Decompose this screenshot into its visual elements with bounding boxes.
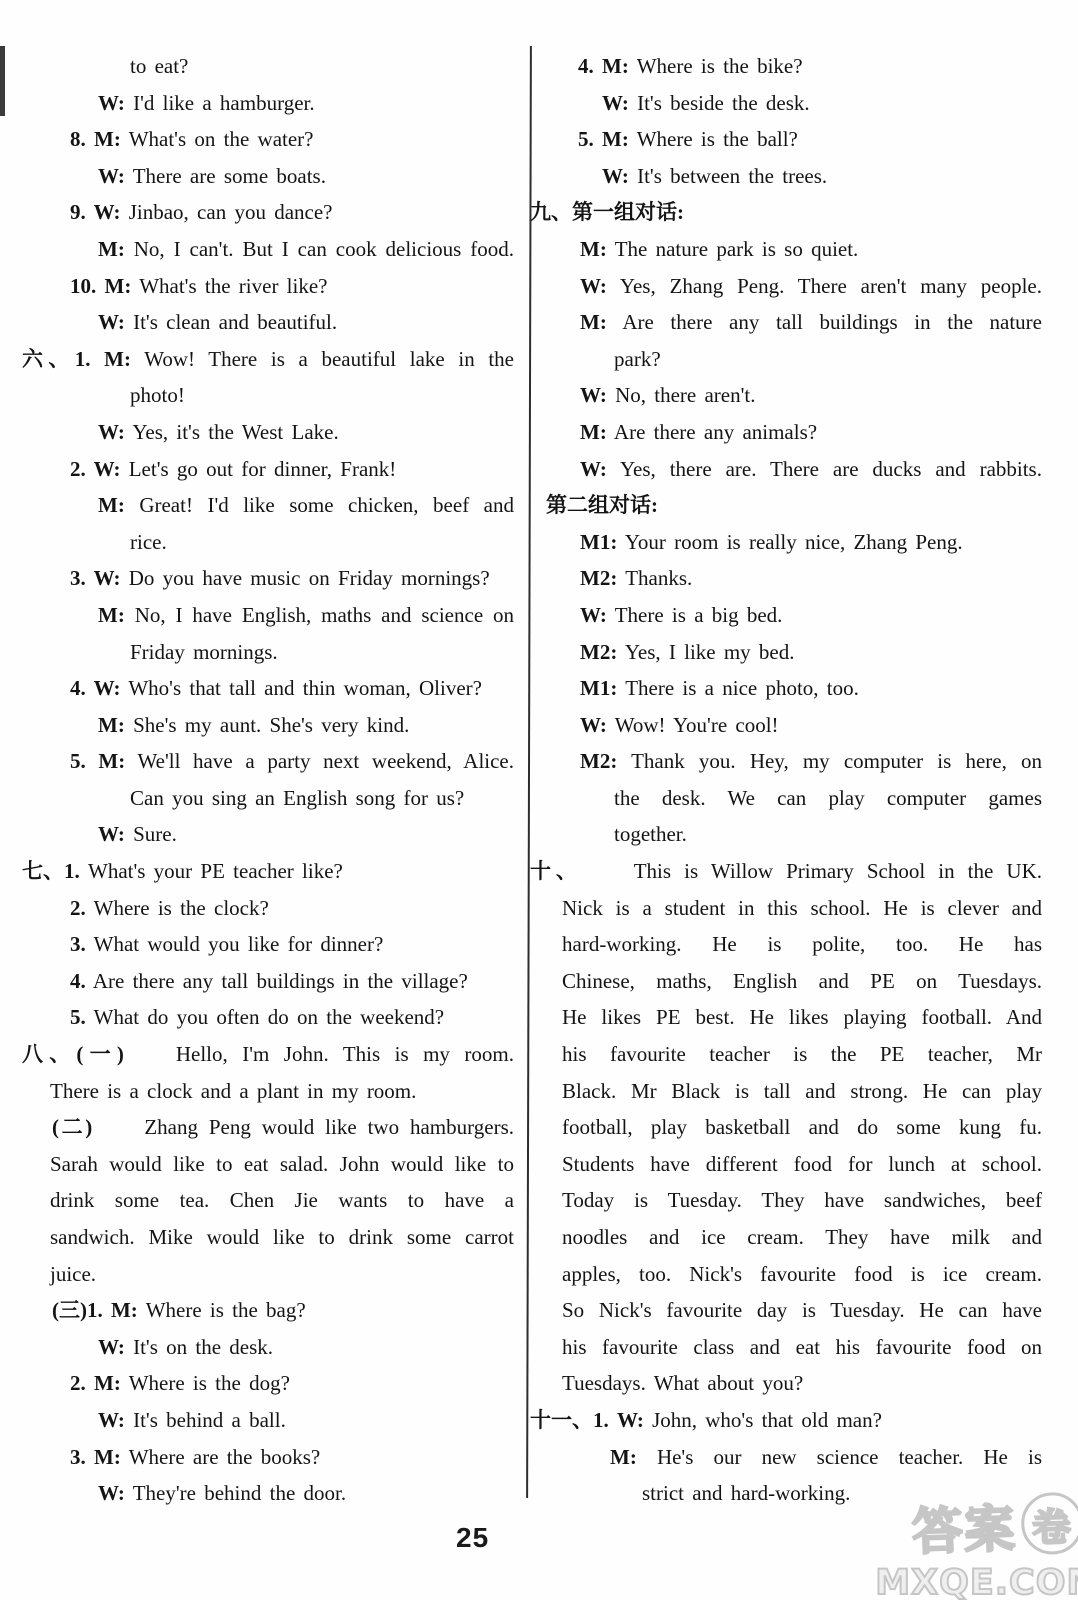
line-text: Sure. — [133, 822, 177, 846]
line-text: Do you have music on Friday mornings? — [129, 566, 490, 590]
line-text: Tuesdays. What about you? — [562, 1371, 803, 1395]
speaker-label: W: — [580, 383, 607, 407]
transcript-line: juice. — [50, 1256, 514, 1293]
line-text: his favourite class and eat his favourit… — [562, 1335, 1042, 1359]
transcript-line: 2. Where is the clock? — [70, 890, 514, 927]
line-text: juice. — [50, 1262, 96, 1286]
line-text: rice. — [130, 530, 167, 554]
transcript-line: M2: Yes, I like my bed. — [580, 634, 1042, 671]
line-text: photo! — [130, 383, 185, 407]
transcript-line: rice. — [130, 524, 514, 561]
workbook-answer-page: to eat?W: I'd like a hamburger.8. M: Wha… — [0, 0, 1078, 1600]
speaker-label: 5. — [70, 1005, 86, 1029]
speaker-label: M: — [98, 237, 125, 261]
transcript-line: W: There are some boats. — [98, 158, 514, 195]
speaker-label: W: — [98, 310, 125, 334]
line-text: Chinese, maths, English and PE on Tuesda… — [562, 969, 1042, 993]
line-text: Who's that tall and thin woman, Oliver? — [128, 676, 482, 700]
line-text: Your room is really nice, Zhang Peng. — [625, 530, 963, 554]
speaker-label: W: — [580, 457, 607, 481]
speaker-label: W: — [98, 1481, 125, 1505]
line-text: It's beside the desk. — [637, 91, 810, 115]
line-text: Sarah would like to eat salad. John woul… — [50, 1152, 514, 1176]
transcript-line: W: Yes, it's the West Lake. — [98, 414, 514, 451]
transcript-line: 2. W: Let's go out for dinner, Frank! — [70, 451, 514, 488]
line-text: She's my aunt. She's very kind. — [133, 713, 409, 737]
line-text: Hello, I'm John. This is my room. — [176, 1042, 514, 1066]
line-text: What's your PE teacher like? — [88, 859, 343, 883]
speaker-label: M: — [98, 713, 125, 737]
transcript-line: W: Yes, there are. There are ducks and r… — [580, 451, 1042, 488]
transcript-line: drink some tea. Chen Jie wants to have a — [50, 1182, 514, 1219]
transcript-line: M: The nature park is so quiet. — [580, 231, 1042, 268]
transcript-line: 九、第一组对话: — [530, 194, 1042, 231]
transcript-line: together. — [614, 816, 1042, 853]
speaker-label: M: — [580, 310, 607, 334]
transcript-line: Tuesdays. What about you? — [562, 1365, 1042, 1402]
speaker-label: W: — [98, 420, 125, 444]
line-text: Wow! You're cool! — [615, 713, 779, 737]
line-text: Jinbao, can you dance? — [129, 200, 333, 224]
speaker-label: 4. M: — [578, 54, 629, 78]
transcript-line: M: Are there any animals? — [580, 414, 1042, 451]
line-text: Great! I'd like some chicken, beef and — [139, 493, 514, 517]
transcript-line: football, play basketball and do some ku… — [562, 1109, 1042, 1146]
transcript-line: 第二组对话: — [546, 487, 1042, 524]
transcript-line: Sarah would like to eat salad. John woul… — [50, 1146, 514, 1183]
line-text: There is a clock and a plant in my room. — [50, 1079, 416, 1103]
speaker-label: W: — [98, 164, 125, 188]
transcript-line: M1: Your room is really nice, Zhang Peng… — [580, 524, 1042, 561]
line-text: Yes, Zhang Peng. There aren't many peopl… — [620, 274, 1042, 298]
speaker-label: W: — [602, 91, 629, 115]
speaker-label: W: — [98, 822, 125, 846]
line-text: It's clean and beautiful. — [133, 310, 337, 334]
speaker-label: 3. — [70, 932, 86, 956]
speaker-label: 十一、1. W: — [530, 1408, 644, 1432]
speaker-label: W: — [580, 713, 607, 737]
line-text: They're behind the door. — [133, 1481, 346, 1505]
speaker-label: 4. — [70, 969, 86, 993]
transcript-line: 七、1. What's your PE teacher like? — [22, 853, 514, 890]
transcript-line: W: No, there aren't. — [580, 377, 1042, 414]
line-text: the desk. We can play computer games — [614, 786, 1042, 810]
speaker-label: M2: — [580, 640, 617, 664]
transcript-line: 2. M: Where is the dog? — [70, 1365, 514, 1402]
watermark: 答案卷 MXQE.COM — [872, 1486, 1078, 1600]
line-text: There is a big bed. — [615, 603, 783, 627]
scan-edge-artifact — [0, 46, 5, 116]
transcript-line: 5. M: Where is the ball? — [578, 121, 1042, 158]
line-text: Thanks. — [625, 566, 692, 590]
transcript-line: 十、This is Willow Primary School in the U… — [530, 853, 1042, 890]
transcript-line: W: It's on the desk. — [98, 1329, 514, 1366]
speaker-label: M: — [580, 420, 607, 444]
line-text: sandwich. Mike would like to drink some … — [50, 1225, 514, 1249]
speaker-label: M1: — [580, 530, 617, 554]
line-text: Can you sing an English song for us? — [130, 786, 464, 810]
line-text: It's on the desk. — [133, 1335, 273, 1359]
transcript-line: 5. What do you often do on the weekend? — [70, 999, 514, 1036]
line-text: He's our new science teacher. He is — [657, 1445, 1042, 1469]
speaker-label: 2. W: — [70, 457, 120, 481]
transcript-line: 4. W: Who's that tall and thin woman, Ol… — [70, 670, 514, 707]
line-text: Students have different food for lunch a… — [562, 1152, 1042, 1176]
transcript-line: Today is Tuesday. They have sandwiches, … — [562, 1182, 1042, 1219]
speaker-label: 第二组对话: — [546, 493, 658, 517]
line-text: Are there any tall buildings in the natu… — [622, 310, 1042, 334]
watermark-url: MXQE.COM — [875, 1563, 1078, 1600]
speaker-label: W: — [602, 164, 629, 188]
speaker-label: 九、第一组对话: — [530, 200, 684, 224]
transcript-line: W: It's between the trees. — [602, 158, 1042, 195]
transcript-line: photo! — [130, 377, 514, 414]
line-text: apples, too. Nick's favourite food is ic… — [562, 1262, 1042, 1286]
line-text: We'll have a party next weekend, Alice. — [138, 749, 515, 773]
line-text: Nick is a student in this school. He is … — [562, 896, 1042, 920]
transcript-line: M2: Thank you. Hey, my computer is here,… — [580, 743, 1042, 780]
transcript-line: M: She's my aunt. She's very kind. — [98, 707, 514, 744]
transcript-line: sandwich. Mike would like to drink some … — [50, 1219, 514, 1256]
transcript-line: 9. W: Jinbao, can you dance? — [70, 194, 514, 231]
watermark-circle-icon: 卷 — [1020, 1491, 1078, 1555]
transcript-line: W: Yes, Zhang Peng. There aren't many pe… — [580, 268, 1042, 305]
transcript-line: There is a clock and a plant in my room. — [50, 1073, 514, 1110]
speaker-label: W: — [580, 603, 607, 627]
line-text: No, I have English, maths and science on — [135, 603, 514, 627]
line-text: Are there any tall buildings in the vill… — [93, 969, 468, 993]
speaker-label: W: — [98, 1408, 125, 1432]
speaker-label: 5. M: — [578, 127, 629, 151]
line-text: hard-working. He is polite, too. He has — [562, 932, 1042, 956]
page-number: 25 — [456, 1522, 489, 1554]
transcript-line: W: It's clean and beautiful. — [98, 304, 514, 341]
line-text: together. — [614, 822, 687, 846]
transcript-line: 8. M: What's on the water? — [70, 121, 514, 158]
line-text: Let's go out for dinner, Frank! — [129, 457, 397, 481]
speaker-label: M: — [610, 1445, 637, 1469]
transcript-line: W: There is a big bed. — [580, 597, 1042, 634]
transcript-line: W: They're behind the door. — [98, 1475, 514, 1512]
line-text: What's the river like? — [139, 274, 327, 298]
speaker-label: 2. M: — [70, 1371, 121, 1395]
line-text: Are there any animals? — [614, 420, 817, 444]
line-text: What do you often do on the weekend? — [94, 1005, 444, 1029]
transcript-line: M1: There is a nice photo, too. — [580, 670, 1042, 707]
speaker-label: 七、1. — [22, 859, 80, 883]
line-text: There are some boats. — [133, 164, 326, 188]
transcript-line: his favourite teacher is the PE teacher,… — [562, 1036, 1042, 1073]
line-text: Yes, I like my bed. — [625, 640, 795, 664]
answer-column-left: to eat?W: I'd like a hamburger.8. M: Wha… — [22, 48, 514, 1512]
line-text: his favourite teacher is the PE teacher,… — [562, 1042, 1042, 1066]
line-text: strict and hard-working. — [642, 1481, 850, 1505]
transcript-line: to eat? — [130, 48, 514, 85]
line-text: Zhang Peng would like two hamburgers. — [144, 1115, 514, 1139]
speaker-label: 3. M: — [70, 1445, 121, 1469]
line-text: Where is the clock? — [94, 896, 269, 920]
speaker-label: M: — [98, 603, 125, 627]
transcript-line: 3. M: Where are the books? — [70, 1439, 514, 1476]
transcript-line: 八、(一)Hello, I'm John. This is my room. — [22, 1036, 514, 1073]
line-text: Friday mornings. — [130, 640, 278, 664]
transcript-line: Chinese, maths, English and PE on Tuesda… — [562, 963, 1042, 1000]
transcript-line: W: It's beside the desk. — [602, 85, 1042, 122]
transcript-line: M: Great! I'd like some chicken, beef an… — [98, 487, 514, 524]
line-text: Yes, it's the West Lake. — [132, 420, 338, 444]
speaker-label: 4. W: — [70, 676, 120, 700]
speaker-label: 六、1. M: — [22, 347, 131, 371]
line-text: Where is the dog? — [129, 1371, 290, 1395]
speaker-label: W: — [98, 91, 125, 115]
speaker-label: M: — [580, 237, 607, 261]
line-text: This is Willow Primary School in the UK. — [634, 859, 1042, 883]
speaker-label: (二) — [52, 1115, 92, 1139]
transcript-line: 3. What would you like for dinner? — [70, 926, 514, 963]
speaker-label: M2: — [580, 566, 617, 590]
transcript-line: apples, too. Nick's favourite food is ic… — [562, 1256, 1042, 1293]
speaker-label: 5. M: — [70, 749, 125, 773]
speaker-label: M2: — [580, 749, 617, 773]
transcript-line: 4. M: Where is the bike? — [578, 48, 1042, 85]
speaker-label: 9. W: — [70, 200, 120, 224]
line-text: Where is the bike? — [637, 54, 803, 78]
speaker-label: 8. M: — [70, 127, 121, 151]
line-text: Yes, there are. There are ducks and rabb… — [620, 457, 1042, 481]
line-text: The nature park is so quiet. — [615, 237, 859, 261]
line-text: park? — [614, 347, 661, 371]
line-text: It's behind a ball. — [133, 1408, 286, 1432]
line-text: No, there aren't. — [615, 383, 755, 407]
transcript-line: M: No, I can't. But I can cook delicious… — [98, 231, 514, 268]
transcript-line: He likes PE best. He likes playing footb… — [562, 999, 1042, 1036]
transcript-line: So Nick's favourite day is Tuesday. He c… — [562, 1292, 1042, 1329]
speaker-label: M: — [98, 493, 125, 517]
transcript-line: Students have different food for lunch a… — [562, 1146, 1042, 1183]
transcript-line: the desk. We can play computer games — [614, 780, 1042, 817]
speaker-label: W: — [580, 274, 607, 298]
column-divider-line — [526, 46, 532, 1498]
line-text: football, play basketball and do some ku… — [562, 1115, 1042, 1139]
line-text: Where is the ball? — [637, 127, 798, 151]
transcript-line: M: Are there any tall buildings in the n… — [580, 304, 1042, 341]
line-text: John, who's that old man? — [652, 1408, 882, 1432]
line-text: He likes PE best. He likes playing footb… — [562, 1005, 1042, 1029]
transcript-line: 3. W: Do you have music on Friday mornin… — [70, 560, 514, 597]
line-text: What's on the water? — [129, 127, 314, 151]
line-text: Wow! There is a beautiful lake in the — [144, 347, 514, 371]
answer-column-right: 4. M: Where is the bike?W: It's beside t… — [546, 48, 1042, 1512]
transcript-line: 十一、1. W: John, who's that old man? — [530, 1402, 1042, 1439]
line-text: I'd like a hamburger. — [133, 91, 315, 115]
transcript-line: 5. M: We'll have a party next weekend, A… — [70, 743, 514, 780]
transcript-line: hard-working. He is polite, too. He has — [562, 926, 1042, 963]
line-text: noodles and ice cream. They have milk an… — [562, 1225, 1042, 1249]
speaker-label: 八、(一) — [22, 1042, 124, 1066]
line-text: Where is the bag? — [146, 1298, 306, 1322]
speaker-label: 10. M: — [70, 274, 131, 298]
transcript-line: 六、1. M: Wow! There is a beautiful lake i… — [22, 341, 514, 378]
transcript-line: M: He's our new science teacher. He is — [610, 1439, 1042, 1476]
line-text: So Nick's favourite day is Tuesday. He c… — [562, 1298, 1042, 1322]
line-text: drink some tea. Chen Jie wants to have a — [50, 1188, 514, 1212]
transcript-line: W: It's behind a ball. — [98, 1402, 514, 1439]
transcript-line: Can you sing an English song for us? — [130, 780, 514, 817]
line-text: Thank you. Hey, my computer is here, on — [631, 749, 1042, 773]
watermark-logo-text: 答案 — [911, 1489, 1017, 1565]
transcript-line: (三)1. M: Where is the bag? — [52, 1292, 514, 1329]
speaker-label: M1: — [580, 676, 617, 700]
line-text: Where are the books? — [129, 1445, 321, 1469]
transcript-line: Nick is a student in this school. He is … — [562, 890, 1042, 927]
speaker-label: 2. — [70, 896, 86, 920]
line-text: Black. Mr Black is tall and strong. He c… — [562, 1079, 1042, 1103]
transcript-line: M2: Thanks. — [580, 560, 1042, 597]
speaker-label: (三)1. M: — [52, 1298, 138, 1322]
line-text: It's between the trees. — [637, 164, 827, 188]
watermark-logo: 答案卷 — [872, 1486, 1078, 1565]
line-text: Today is Tuesday. They have sandwiches, … — [562, 1188, 1042, 1212]
transcript-line: park? — [614, 341, 1042, 378]
transcript-line: 10. M: What's the river like? — [70, 268, 514, 305]
transcript-line: W: Wow! You're cool! — [580, 707, 1042, 744]
line-text: What would you like for dinner? — [94, 932, 384, 956]
transcript-line: Black. Mr Black is tall and strong. He c… — [562, 1073, 1042, 1110]
speaker-label: 十、 — [530, 859, 582, 883]
transcript-line: 4. Are there any tall buildings in the v… — [70, 963, 514, 1000]
transcript-line: his favourite class and eat his favourit… — [562, 1329, 1042, 1366]
transcript-line: (二)Zhang Peng would like two hamburgers. — [52, 1109, 514, 1146]
transcript-line: noodles and ice cream. They have milk an… — [562, 1219, 1042, 1256]
line-text: No, I can't. But I can cook delicious fo… — [134, 237, 514, 261]
transcript-line: M: No, I have English, maths and science… — [98, 597, 514, 634]
speaker-label: 3. W: — [70, 566, 120, 590]
transcript-line: W: Sure. — [98, 816, 514, 853]
line-text: There is a nice photo, too. — [625, 676, 859, 700]
line-text: to eat? — [130, 54, 188, 78]
transcript-line: W: I'd like a hamburger. — [98, 85, 514, 122]
transcript-line: Friday mornings. — [130, 634, 514, 671]
speaker-label: W: — [98, 1335, 125, 1359]
